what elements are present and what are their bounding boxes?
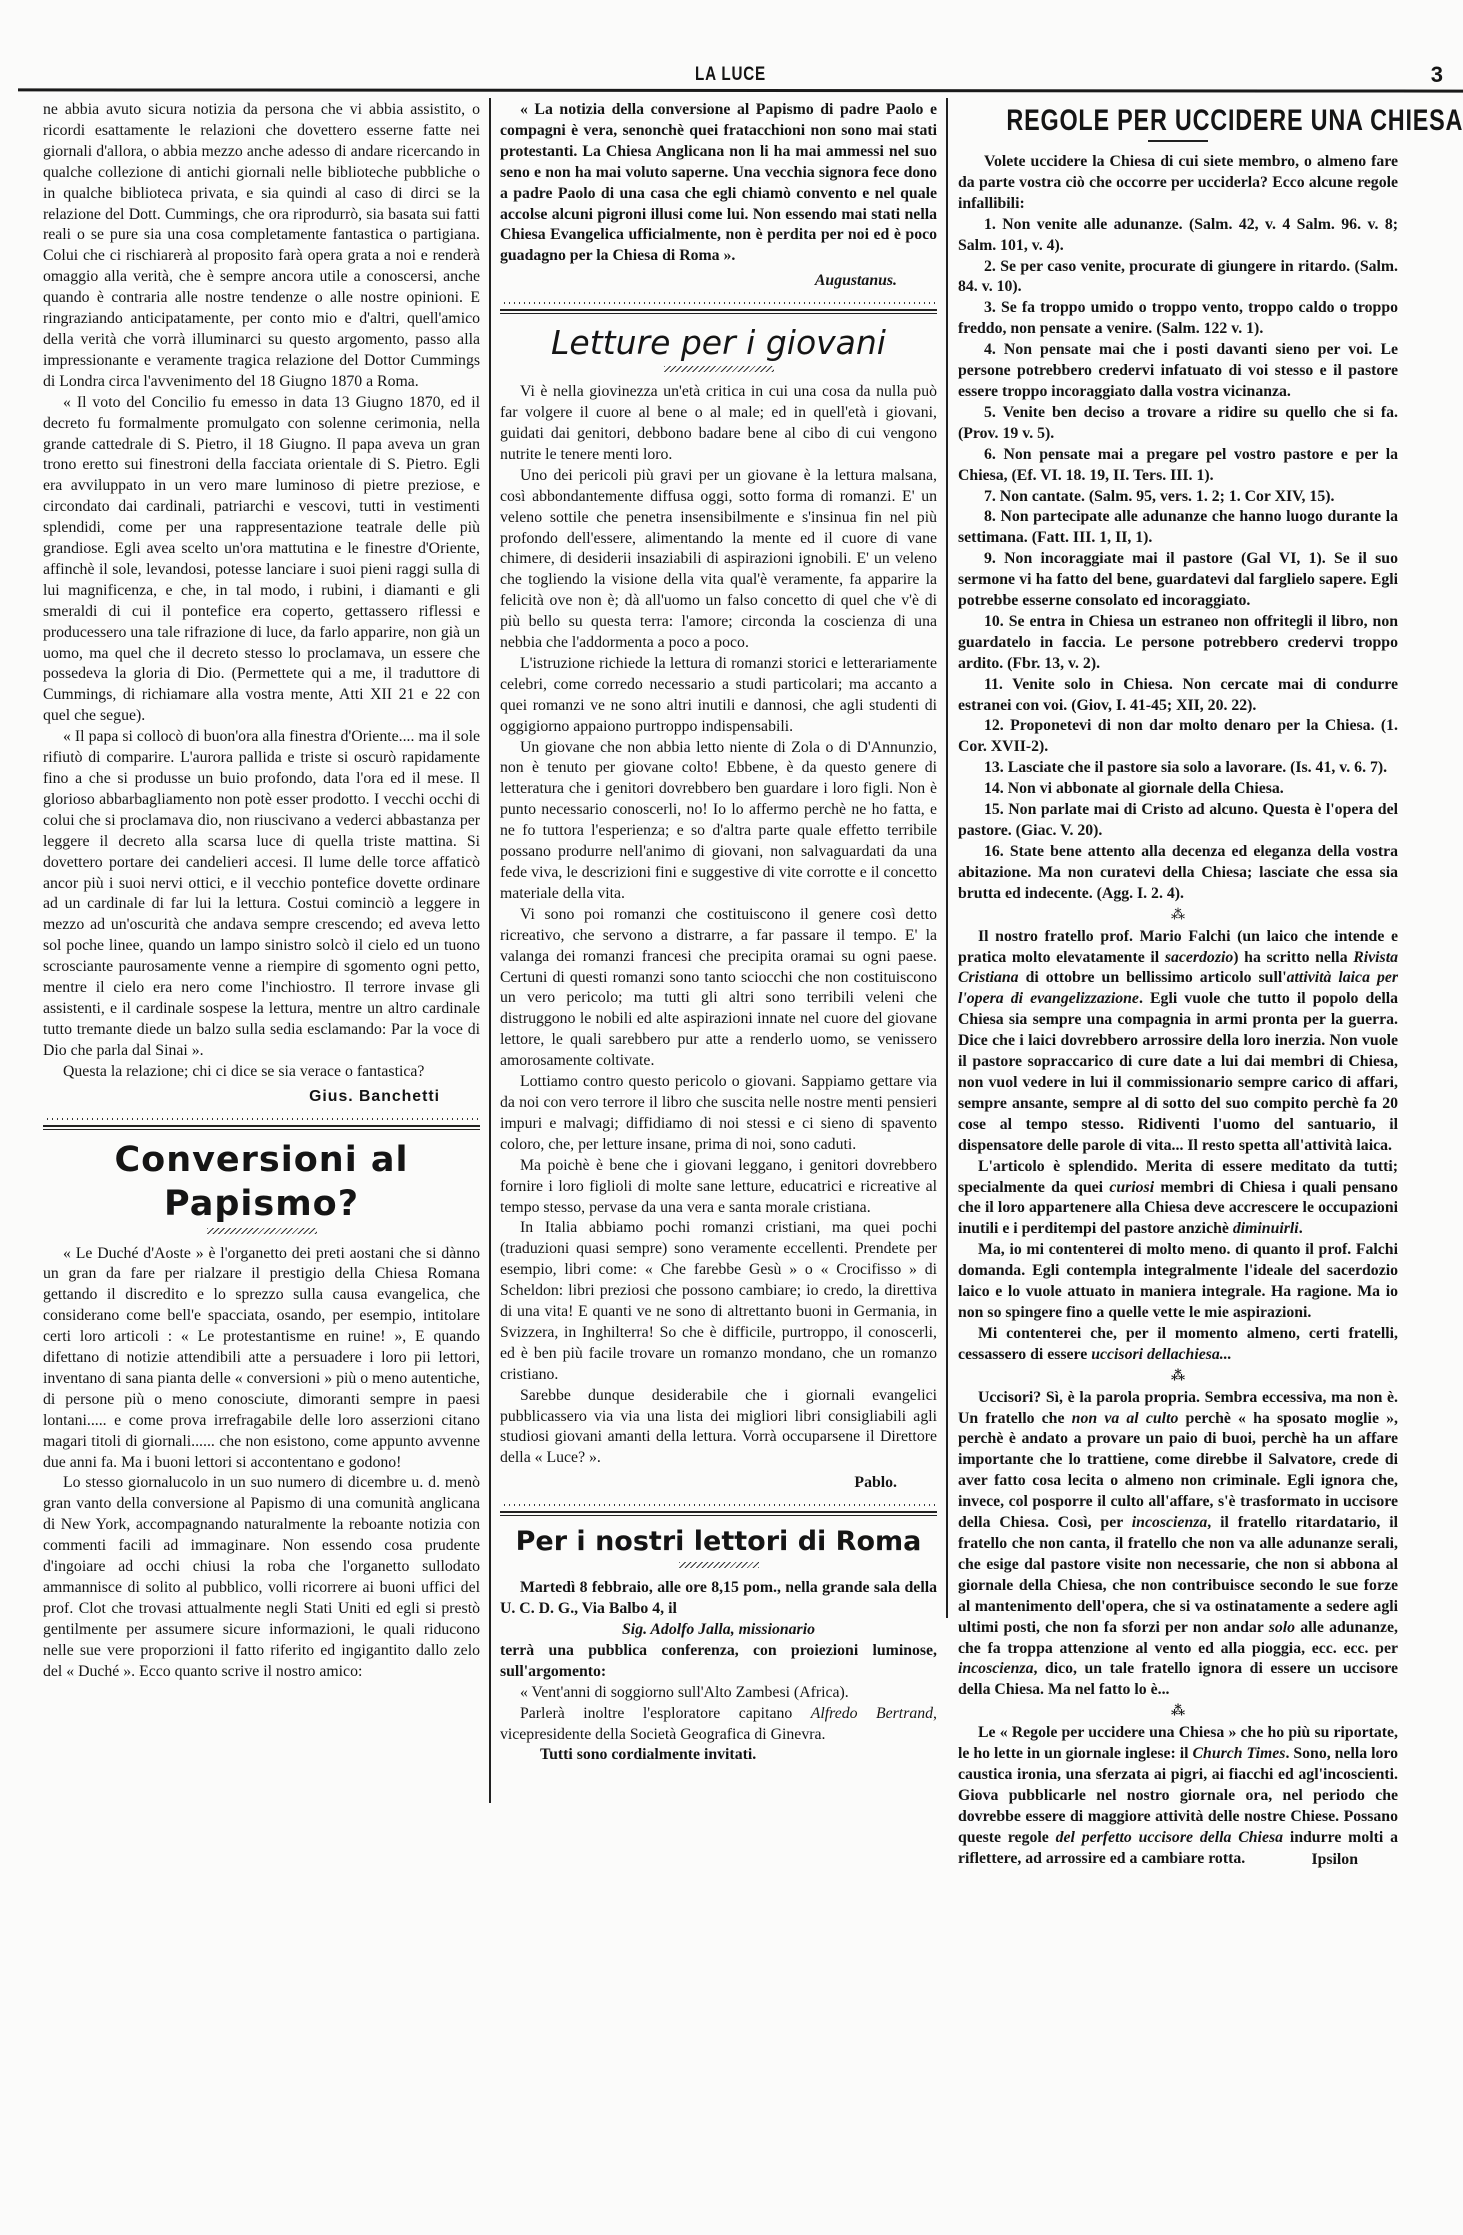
- paragraph: Ma poichè è bene che i giovani leggano, …: [500, 1156, 937, 1219]
- rule-item: 8. Non partecipate alle adunanze che han…: [958, 507, 1398, 549]
- paragraph: « Le Duché d'Aoste » è l'organetto dei p…: [43, 1244, 480, 1474]
- column-2: « La notizia della conversione al Papism…: [500, 100, 937, 1766]
- paragraph: Le « Regole per uccidere una Chiesa » ch…: [958, 1723, 1398, 1869]
- paragraph: L'istruzione richiede la lettura di roma…: [500, 654, 937, 738]
- paragraph: « Il papa si collocò di buon'ora alla fi…: [43, 727, 480, 1062]
- closing-line: Tutti sono cordialmente invitati.: [500, 1745, 937, 1766]
- rule-item: 13. Lasciate che il pastore sia solo a l…: [958, 758, 1398, 779]
- italic-text: del perfetto uccisore della Chiesa: [1056, 1829, 1283, 1846]
- rule-item: 4. Non pensate mai che i posti davanti s…: [958, 340, 1398, 403]
- paragraph: Parlerà inoltre l'esploratore capitano A…: [500, 1704, 937, 1746]
- paragraph: Uno dei pericoli più gravi per un giovan…: [500, 466, 937, 654]
- paragraph: Vi sono poi romanzi che costituiscono il…: [500, 905, 937, 1072]
- italic-text: curiosi: [1109, 1179, 1154, 1196]
- paragraph: terrà una pubblica conferenza, con proie…: [500, 1641, 937, 1683]
- paragraph: L'articolo è splendido. Merita di essere…: [958, 1157, 1398, 1241]
- speaker-line: Sig. Adolfo Jalla, missionario: [500, 1620, 937, 1641]
- paragraph: Mi contenterei che, per il momento almen…: [958, 1324, 1398, 1366]
- rule-item: 11. Venite solo in Chiesa. Non cercate m…: [958, 675, 1398, 717]
- text: perchè « ha sposato moglie », perchè è a…: [958, 1410, 1398, 1532]
- headline-underline: [1148, 140, 1208, 142]
- column-divider-1: [489, 98, 491, 1803]
- paragraph: Lottiamo contro questo pericolo o giovan…: [500, 1072, 937, 1156]
- rule-item: 7. Non cantate. (Salm. 95, vers. 1. 2; 1…: [958, 487, 1398, 508]
- rule-item: 1. Non venite alle adunanze. (Salm. 42, …: [958, 215, 1398, 257]
- headline-lettori-roma: Per i nostri lettori di Roma: [500, 1524, 937, 1560]
- column-1: ne abbia avuto sicura notizia da persona…: [43, 100, 480, 1683]
- quote-signature: Augustanus.: [500, 271, 937, 292]
- intro-paragraph: Volete uccidere la Chiesa di cui siete m…: [958, 152, 1398, 215]
- newspaper-title: LA LUCE: [161, 64, 1301, 86]
- italic-text: solo: [1269, 1619, 1295, 1636]
- rule-item: 14. Non vi abbonate al giornale della Ch…: [958, 779, 1398, 800]
- quote-paragraph: « La notizia della conversione al Papism…: [500, 100, 937, 267]
- section-divider: [43, 1118, 480, 1132]
- headline-ornament: [207, 1228, 317, 1234]
- rule-item: 5. Venite ben deciso a trovare a ridire …: [958, 403, 1398, 445]
- paragraph: Lo stesso giornalucolo in un suo numero …: [43, 1473, 480, 1682]
- section-divider: [500, 1504, 937, 1518]
- paragraph: Un giovane che non abbia letto niente di…: [500, 738, 937, 905]
- rule-item: 10. Se entra in Chiesa un estraneo non o…: [958, 612, 1398, 675]
- headline-ornament: [664, 366, 774, 372]
- asterism-divider: ⁂: [958, 911, 1398, 921]
- author-signature: Pablo.: [500, 1473, 937, 1494]
- rule-item: 9. Non incoraggiate mai il pastore (Gal …: [958, 549, 1398, 612]
- headline-letture: Letture per i giovani: [500, 322, 937, 364]
- paragraph: ne abbia avuto sicura notizia da persona…: [43, 100, 480, 393]
- column-divider-2: [946, 98, 948, 1618]
- italic-text: incoscienza: [1132, 1514, 1207, 1531]
- rule-item: 6. Non pensate mai a pregare pel vostro …: [958, 445, 1398, 487]
- paragraph: In Italia abbiamo pochi romanzi cristian…: [500, 1218, 937, 1385]
- italic-text: Church Times: [1193, 1745, 1286, 1762]
- italic-text: non va al culto: [1072, 1410, 1179, 1427]
- text: .: [1299, 1220, 1303, 1237]
- text: ) ha scritto nella: [1233, 949, 1353, 966]
- section-divider: [500, 302, 937, 316]
- rule-item: 16. State bene attento alla decenza ed e…: [958, 842, 1398, 905]
- column-3: REGOLE PER UCCIDERE UNA CHIESA Volete uc…: [958, 100, 1398, 1879]
- headline-ornament: [679, 1562, 759, 1568]
- italic-text: diminuirli: [1233, 1220, 1299, 1237]
- headline-regole: REGOLE PER UCCIDERE UNA CHIESA: [1006, 102, 1349, 140]
- rule-item: 2. Se per caso venite, procurate di giun…: [958, 257, 1398, 299]
- italic-text: incoscienza: [958, 1660, 1033, 1677]
- paragraph: Questa la relazione; chi ci dice se sia …: [43, 1062, 480, 1083]
- rule-item: 15. Non parlate mai di Cristo ad alcuno.…: [958, 800, 1398, 842]
- rule-item: 3. Se fa troppo umido o troppo vento, tr…: [958, 298, 1398, 340]
- paragraph: Ma, io mi contenterei di molto meno. di …: [958, 1240, 1398, 1324]
- paragraph: Il nostro fratello prof. Mario Falchi (u…: [958, 927, 1398, 1157]
- asterism-divider: ⁂: [958, 1707, 1398, 1717]
- author-signature: Gius. Banchetti: [43, 1087, 480, 1108]
- text: Parlerà inoltre l'esploratore capitano: [520, 1705, 811, 1722]
- text: , il fratello ritardatario, il fratello …: [958, 1514, 1398, 1636]
- paragraph: Martedì 8 febbraio, alle ore 8,15 pom., …: [500, 1578, 937, 1620]
- asterism-divider: ⁂: [958, 1372, 1398, 1382]
- paragraph: Vi è nella giovinezza un'età critica in …: [500, 382, 937, 466]
- italic-text: sacerdozio: [1165, 949, 1233, 966]
- rules-list: Volete uccidere la Chiesa di cui siete m…: [958, 152, 1398, 905]
- italic-text: uccisori dellachiesa...: [1091, 1346, 1231, 1363]
- paragraph: Uccisori? Sì, è la parola propria. Sembr…: [958, 1388, 1398, 1702]
- text: di ottobre un bellissimo articolo sull': [1019, 969, 1287, 986]
- page-number: 3: [1431, 62, 1443, 88]
- italic-name: Alfredo Bertrand: [811, 1705, 933, 1722]
- paragraph: « Il voto del Concilio fu emesso in data…: [43, 393, 480, 728]
- paragraph: Sarebbe dunque desiderabile che i giorna…: [500, 1386, 937, 1470]
- text: . Egli vuole che tutto il popolo della C…: [958, 990, 1398, 1153]
- headline-conversioni: Conversioni al Papismo?: [43, 1138, 480, 1226]
- rule-item: 12. Proponetevi di non dar molto denaro …: [958, 716, 1398, 758]
- falchi-section: Il nostro fratello prof. Mario Falchi (u…: [958, 927, 1398, 1871]
- topic-line: « Vent'anni di soggiorno sull'Alto Zambe…: [500, 1683, 937, 1704]
